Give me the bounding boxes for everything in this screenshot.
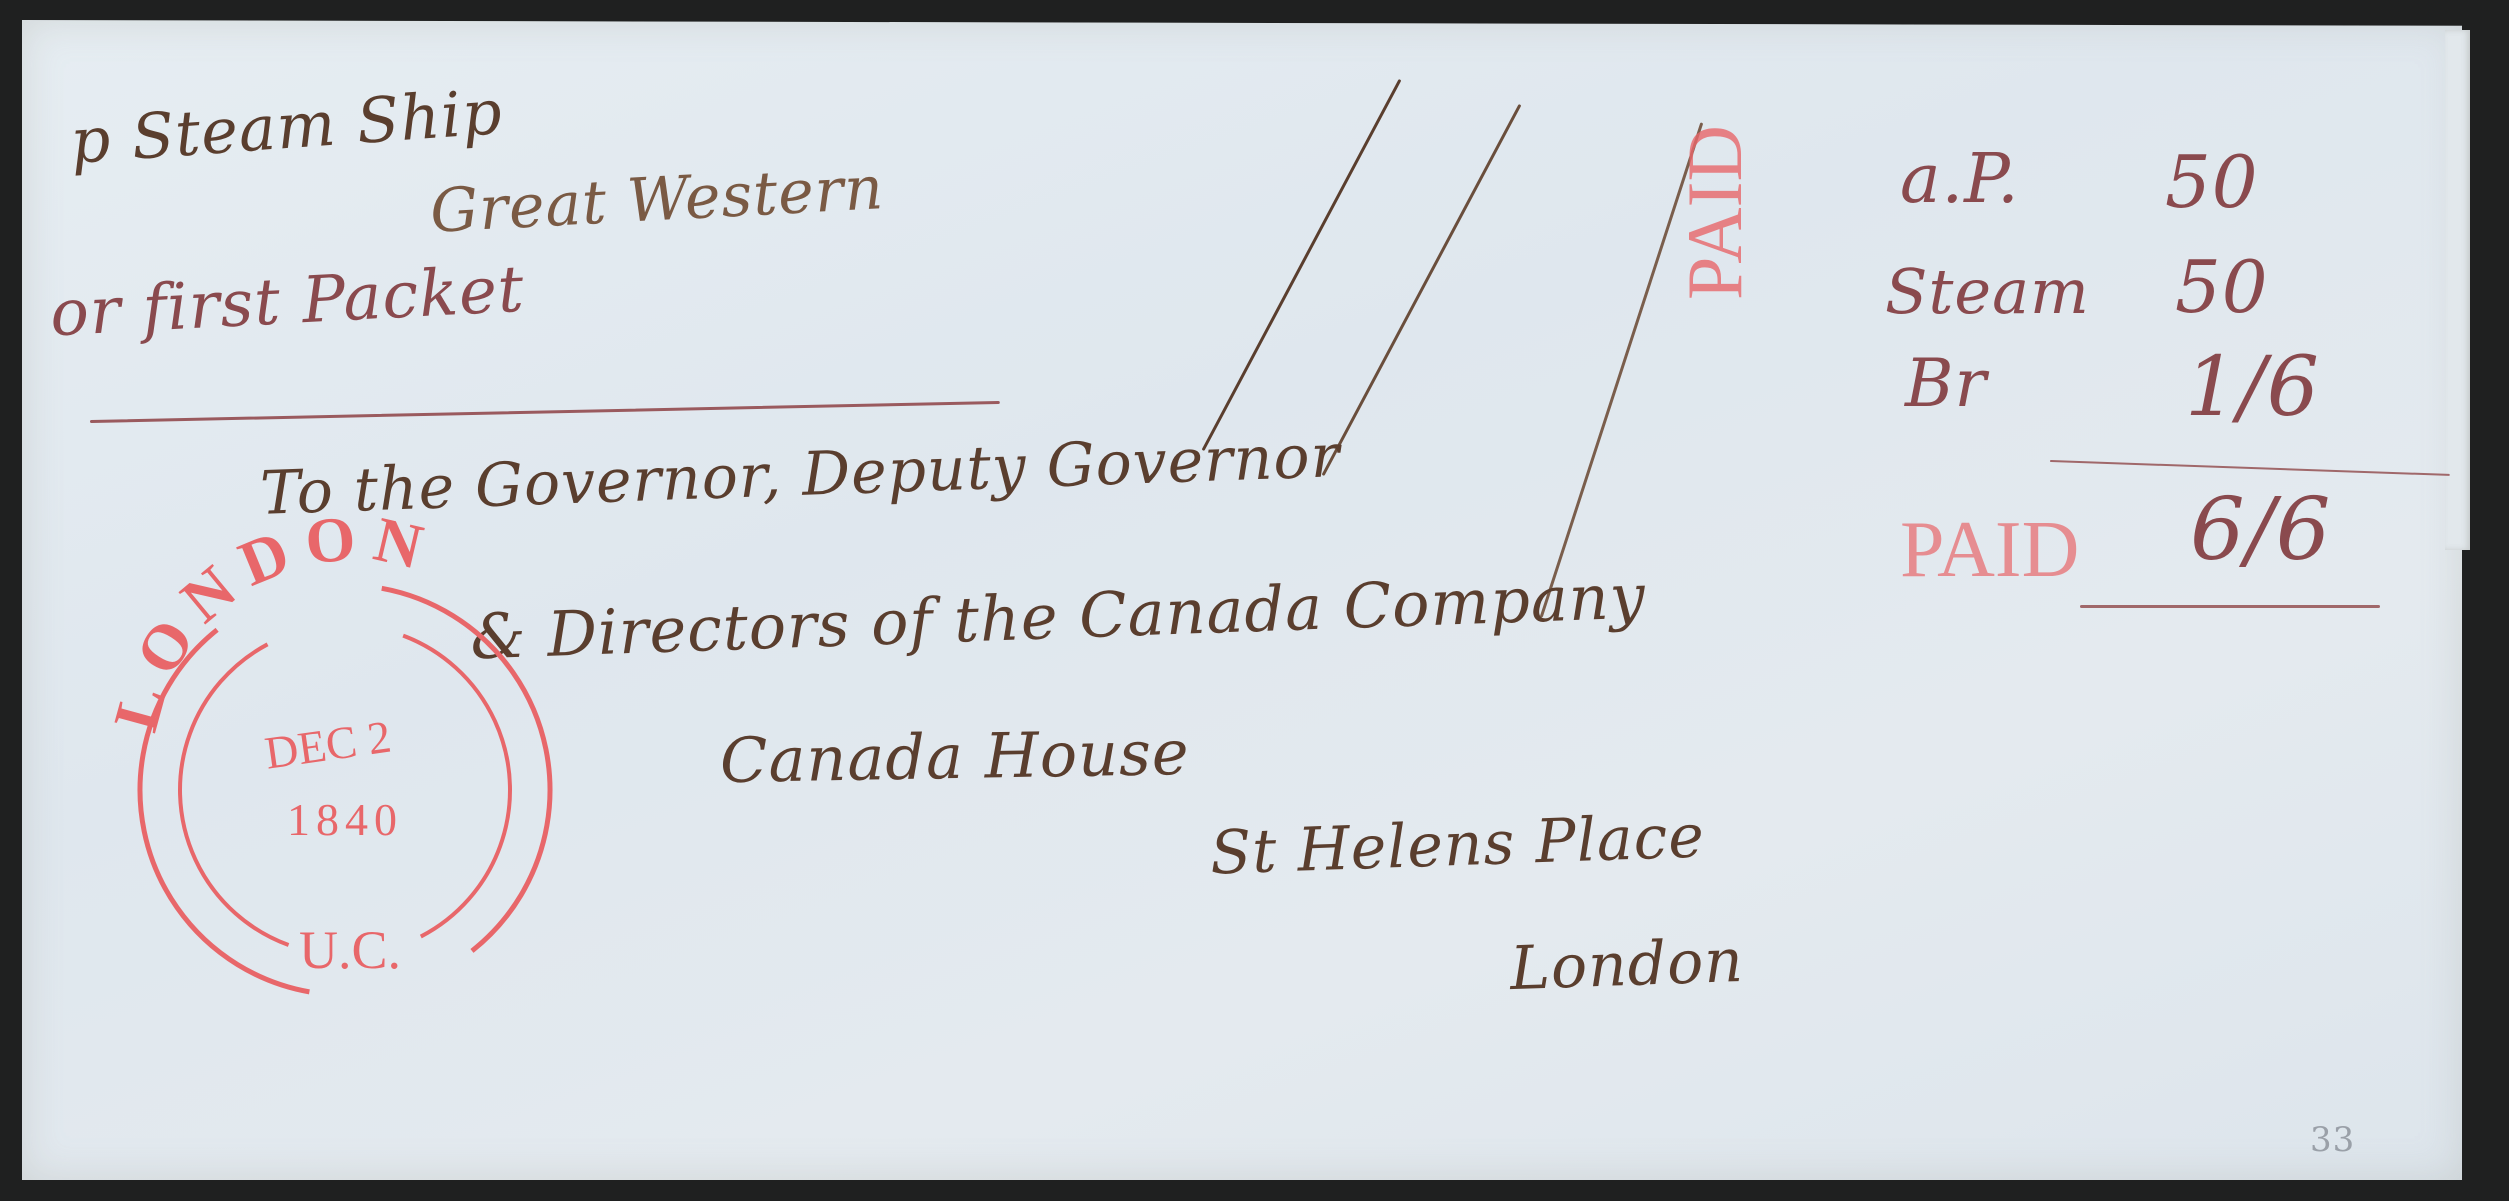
rate-total-underline — [2080, 605, 2380, 608]
paid-stamp-horizontal: PAID — [1900, 505, 2079, 596]
address-line-3: Canada House — [719, 716, 1190, 797]
paid-stamp-vertical: PAID — [1670, 125, 1760, 300]
rate-amount-steam: 50 — [2175, 245, 2269, 329]
rate-amount-ap: 50 — [2165, 140, 2259, 224]
letter-flap — [2445, 30, 2470, 550]
rate-amount-br: 1/6 — [2185, 340, 2320, 435]
address-line-5: London — [1509, 926, 1745, 1004]
rate-label-br: Br — [1905, 345, 1987, 422]
rate-label-ap: a.P. — [1900, 140, 2020, 219]
rate-label-steam: Steam — [1885, 255, 2090, 328]
corner-pencil-note: 33 — [2310, 1120, 2355, 1160]
rate-total: 6/6 — [2190, 480, 2331, 580]
